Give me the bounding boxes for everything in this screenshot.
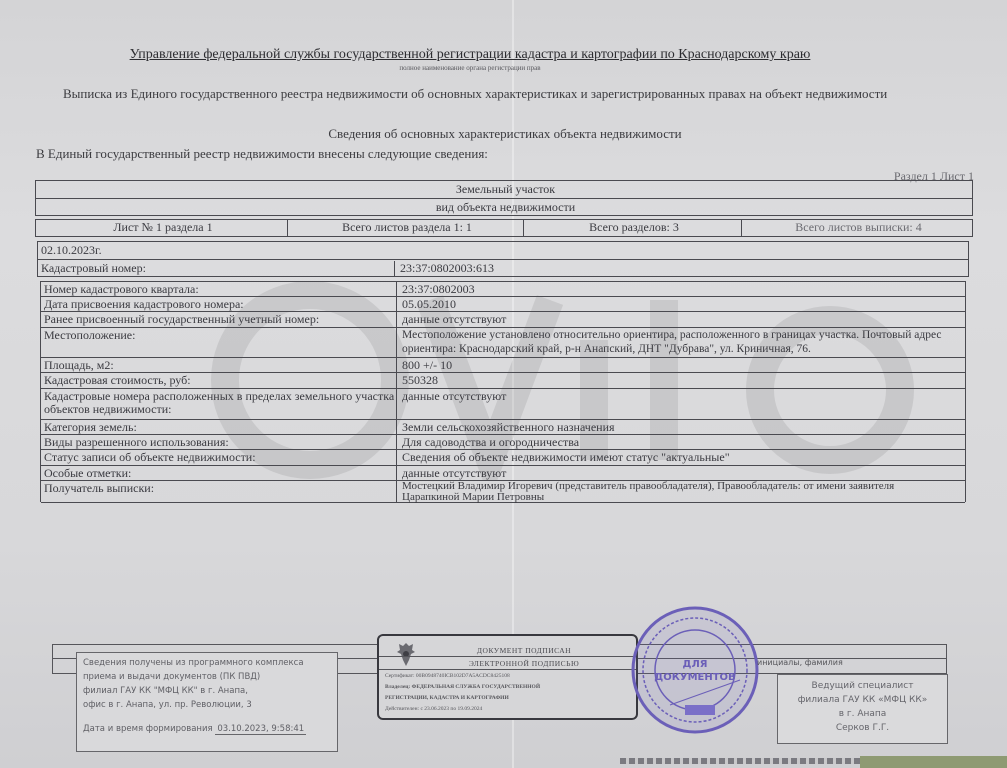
field-value: данные отсутствуют bbox=[399, 466, 965, 480]
field-value: Земли сельскохозяйственного назначения bbox=[399, 420, 965, 434]
sheet-info-cell: Всего разделов: 3 bbox=[524, 220, 742, 236]
esig-owner-2: РЕГИСТРАЦИИ, КАДАСТРА И КАРТОГРАФИИ bbox=[385, 695, 509, 701]
specialist-box: Ведущий специалист филиала ГАУ КК «МФЦ К… bbox=[777, 674, 948, 744]
field-label: Номер кадастрового квартала: bbox=[41, 282, 397, 296]
esig-validity: Действителен: с 23.06.2023 по 19.09.2024 bbox=[385, 706, 482, 712]
mfc-line: офис в г. Анапа, ул. пр. Революции, 3 bbox=[83, 698, 331, 712]
field-label: Особые отметки: bbox=[41, 466, 397, 480]
table-row: Особые отметки: данные отсутствуют bbox=[41, 466, 965, 481]
field-label: Местоположение: bbox=[41, 328, 397, 357]
field-value: 05.05.2010 bbox=[399, 297, 965, 311]
specialist-line: филиала ГАУ КК «МФЦ КК» bbox=[778, 693, 947, 707]
field-label: Дата присвоения кадастрового номера: bbox=[41, 297, 397, 311]
sheet-info-row: Лист № 1 раздела 1 Всего листов раздела … bbox=[35, 219, 973, 237]
table-row: Кадастровая стоимость, руб: 550328 bbox=[41, 373, 965, 389]
sheet-info-cell: Всего листов выписки: 4 bbox=[742, 220, 972, 236]
coat-of-arms-icon bbox=[395, 640, 417, 668]
field-label: Категория земель: bbox=[41, 420, 397, 434]
field-value: 800 +/- 10 bbox=[399, 358, 965, 372]
field-label: Получатель выписки: bbox=[41, 481, 397, 502]
field-label: Кадастровые номера расположенных в преде… bbox=[41, 389, 397, 419]
field-label: Виды разрешенного использования: bbox=[41, 435, 397, 449]
field-value: Сведения об объекте недвижимости имеют с… bbox=[399, 450, 965, 465]
mfc-line: приема и выдачи документов (ПК ПВД) bbox=[83, 670, 331, 684]
esig-certificate: Сертификат: 00B0948740ICB102D7A5ACDC8425… bbox=[385, 673, 510, 679]
organization-title: Управление федеральной службы государств… bbox=[0, 47, 940, 63]
stamp-text: ДЛЯ bbox=[683, 659, 708, 670]
section-title: Сведения об основных характеристиках объ… bbox=[0, 126, 1007, 142]
characteristics-table: Номер кадастрового квартала: 23:37:08020… bbox=[40, 281, 966, 502]
field-label: Кадастровая стоимость, руб: bbox=[41, 373, 397, 388]
field-value: данные отсутствуют bbox=[399, 389, 965, 419]
field-label: Площадь, м2: bbox=[41, 358, 397, 372]
initials-caption: инициалы, фамилия bbox=[757, 658, 843, 667]
table-row: Номер кадастрового квартала: 23:37:08020… bbox=[41, 282, 965, 297]
mfc-info-box: Сведения получены из программного компле… bbox=[76, 652, 338, 752]
cadastral-box: 02.10.2023г. Кадастровый номер: 23:37:08… bbox=[37, 241, 969, 277]
table-row: Виды разрешенного использования: Для сад… bbox=[41, 435, 965, 450]
cadastral-number-label: Кадастровый номер: bbox=[38, 261, 395, 276]
table-row: Местоположение: Местоположение установле… bbox=[41, 328, 965, 358]
field-value: Местоположение установлено относительно … bbox=[399, 328, 965, 357]
sheet-info-cell: Всего листов раздела 1: 1 bbox=[288, 220, 524, 236]
table-row: Получатель выписки: Мостецкий Владимир И… bbox=[41, 481, 965, 503]
field-label: Статус записи об объекте недвижимости: bbox=[41, 450, 397, 465]
table-row: Статус записи об объекте недвижимости: С… bbox=[41, 450, 965, 466]
organization-caption: полное наименование органа регистрации п… bbox=[0, 64, 940, 72]
field-value: 23:37:0802003 bbox=[399, 282, 965, 296]
esig-owner: Владелец: ФЕДЕРАЛЬНАЯ СЛУЖБА ГОСУДАРСТВЕ… bbox=[385, 684, 540, 690]
formation-date: Дата и время формирования 03.10.2023, 9:… bbox=[83, 722, 331, 736]
field-value: Мостецкий Владимир Игоревич (представите… bbox=[399, 481, 965, 502]
table-row: Дата присвоения кадастрового номера: 05.… bbox=[41, 297, 965, 312]
formation-date-label: Дата и время формирования bbox=[83, 724, 213, 734]
mfc-line: Сведения получены из программного компле… bbox=[83, 656, 331, 670]
specialist-line: Ведущий специалист bbox=[778, 679, 947, 693]
round-stamp-icon: ДЛЯ ДОКУМЕНТОВ bbox=[630, 605, 760, 735]
svg-text:ДОКУМЕНТОВ: ДОКУМЕНТОВ bbox=[654, 672, 735, 683]
specialist-name: Серков Г.Г. bbox=[778, 721, 947, 735]
field-value: Для садоводства и огородничества bbox=[399, 435, 965, 449]
extract-date: 02.10.2023г. bbox=[38, 243, 102, 258]
object-type-box: Земельный участок вид объекта недвижимос… bbox=[35, 180, 973, 216]
table-row: Кадастровые номера расположенных в преде… bbox=[41, 389, 965, 420]
esig-subtitle: ЭЛЕКТРОННОЙ ПОДПИСЬЮ bbox=[419, 659, 629, 668]
formation-date-value: 03.10.2023, 9:58:41 bbox=[215, 724, 306, 735]
background-surface bbox=[860, 756, 1007, 768]
cadastral-number-value: 23:37:0802003:613 bbox=[397, 261, 494, 276]
table-row: Площадь, м2: 800 +/- 10 bbox=[41, 358, 965, 373]
field-value: данные отсутствуют bbox=[399, 312, 965, 327]
table-row: Категория земель: Земли сельскохозяйстве… bbox=[41, 420, 965, 435]
extract-title: Выписка из Единого государственного реес… bbox=[63, 86, 887, 102]
field-value: 550328 bbox=[399, 373, 965, 388]
specialist-line: в г. Анапа bbox=[778, 707, 947, 721]
field-label: Ранее присвоенный государственный учетны… bbox=[41, 312, 397, 327]
electronic-signature-box: ДОКУМЕНТ ПОДПИСАН ЭЛЕКТРОННОЙ ПОДПИСЬЮ С… bbox=[377, 634, 638, 720]
mfc-line: филиал ГАУ КК "МФЦ КК" в г. Анапа, bbox=[83, 684, 331, 698]
page-edge bbox=[620, 758, 860, 764]
sheet-info-cell: Лист № 1 раздела 1 bbox=[36, 220, 288, 236]
table-row: Ранее присвоенный государственный учетны… bbox=[41, 312, 965, 328]
intro-text: В Единый государственный реестр недвижим… bbox=[36, 146, 488, 162]
object-type: Земельный участок bbox=[36, 182, 972, 197]
esig-title: ДОКУМЕНТ ПОДПИСАН bbox=[419, 646, 629, 655]
object-type-caption: вид объекта недвижимости bbox=[36, 200, 972, 215]
